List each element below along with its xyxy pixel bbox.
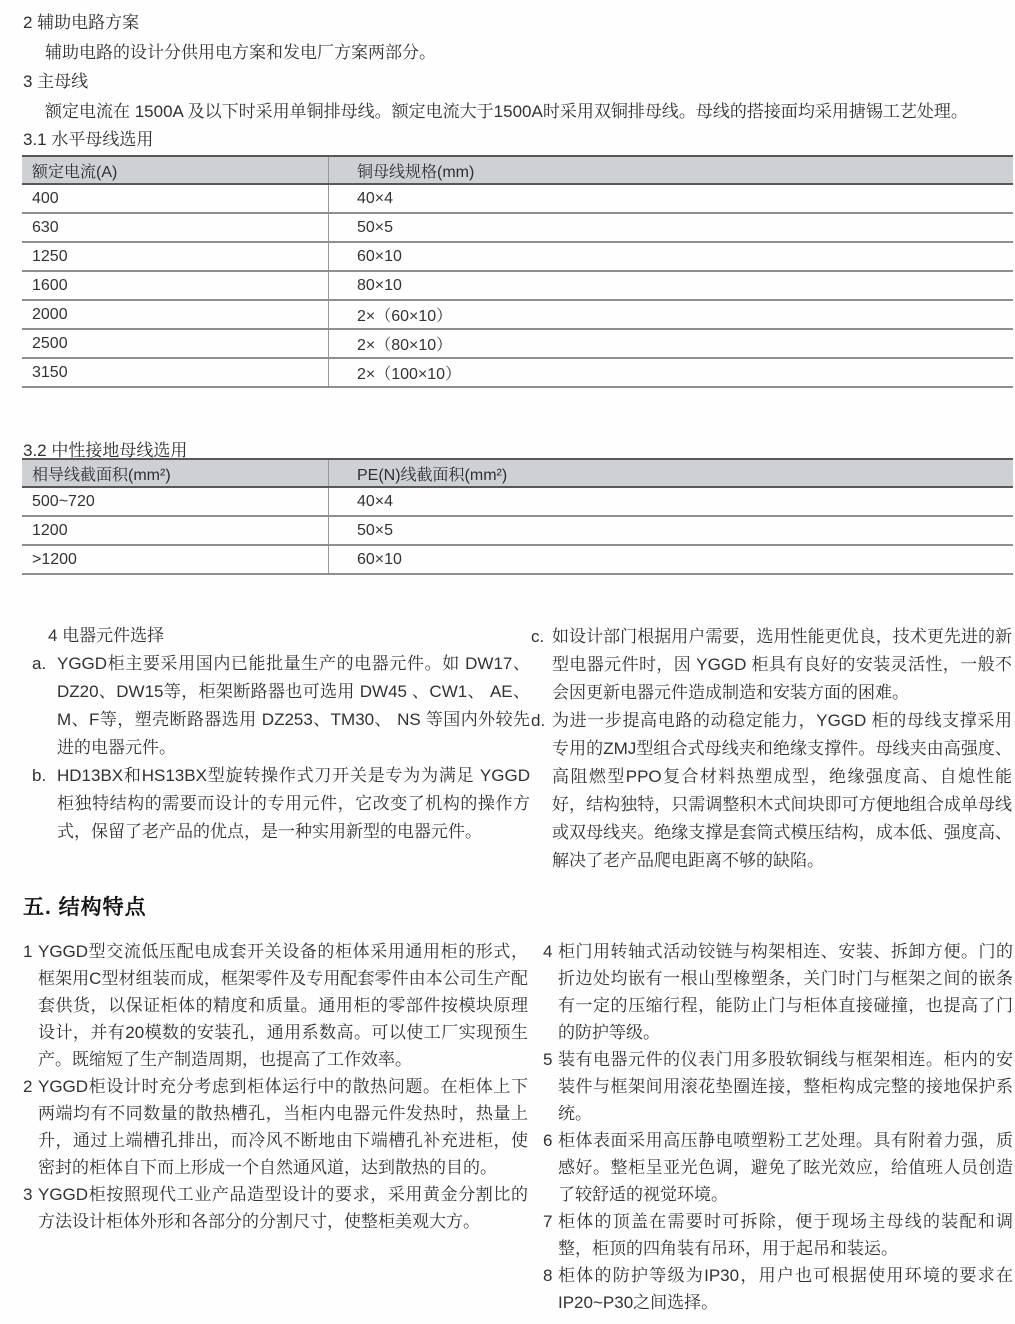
list-item-4: 4 柜门用转轴式活动铰链与构架相连、安装、拆卸方便。门的折边处均嵌有一根山型橡塑… (543, 938, 1013, 1046)
table-cell: 1200 (22, 516, 329, 545)
item-text: 如设计部门根据用户需要，选用性能更优良，技术更先进的新型电器元件时，因 YGGD… (552, 623, 1012, 707)
list-item-5: 5 装有电器元件的仪表门用多股软铜线与框架相连。柜内的安装件与框架间用滚花垫圈连… (543, 1046, 1013, 1127)
table-cell: 1250 (22, 242, 329, 271)
table-cell: 80×10 (329, 271, 1014, 300)
list-item-3: 3 YGGD柜按照现代工业产品造型设计的要求，采用黄金分割比的方法设计柜体外形和… (23, 1181, 528, 1235)
item-text: YGGD柜按照现代工业产品造型设计的要求，采用黄金分割比的方法设计柜体外形和各部… (38, 1181, 528, 1235)
heading-component-selection: 4 电器元件选择 (32, 621, 530, 650)
item-text: 柜体表面采用高压静电喷塑粉工艺处理。具有附着力强，质感好。整柜呈亚光色调，避免了… (558, 1127, 1013, 1208)
table-row: 3150 2×（100×10） (22, 358, 1013, 387)
table-cell: 2000 (22, 300, 329, 329)
table-cell: 400 (22, 184, 329, 213)
table-header-cell: PE(N)线截面积(mm²) (329, 459, 1014, 487)
item-text: YGGD型交流低压配电成套开关设备的柜体采用通用柜的形式，框架用C型材组装而成，… (38, 938, 528, 1073)
heading-horizontal-busbar: 3.1 水平母线选用 (23, 125, 153, 150)
item-label: 1 (23, 938, 38, 965)
list-item-d: d. 为进一步提高电路的动稳定能力，YGGD 柜的母线支撑采用专用的ZMJ型组合… (531, 707, 1012, 875)
item-label: 4 (543, 938, 558, 965)
table-header-row: 额定电流(A) 铜母线规格(mm) (22, 156, 1013, 184)
table-row: 2500 2×（80×10） (22, 329, 1013, 358)
list-item-a: a. YGGD柜主要采用国内已能批量生产的电器元件。如 DW17、DZ20、DW… (32, 650, 530, 762)
table-cell: 50×5 (329, 516, 1014, 545)
component-selection-left-column: 4 电器元件选择 a. YGGD柜主要采用国内已能批量生产的电器元件。如 DW1… (32, 621, 530, 846)
table-header-cell: 相导线截面积(mm²) (22, 459, 329, 487)
table-cell: 3150 (22, 358, 329, 387)
item-label: 5 (543, 1046, 558, 1073)
item-label: 8 (543, 1262, 558, 1289)
table-row: 1200 50×5 (22, 516, 1013, 545)
structure-features-left-column: 1 YGGD型交流低压配电成套开关设备的柜体采用通用柜的形式，框架用C型材组装而… (23, 938, 528, 1235)
item-label: 3 (23, 1181, 38, 1208)
item-label: 2 (23, 1073, 38, 1100)
item-text: 柜体的防护等级为IP30，用户也可根据使用环境的要求在IP20~P30之间选择。 (558, 1262, 1013, 1316)
table-row: >1200 60×10 (22, 545, 1013, 574)
table-cell: 630 (22, 213, 329, 242)
table-cell: 1600 (22, 271, 329, 300)
table-cell: >1200 (22, 545, 329, 574)
table-header-cell: 额定电流(A) (22, 156, 329, 184)
item-text: YGGD柜主要采用国内已能批量生产的电器元件。如 DW17、DZ20、DW15等… (57, 650, 530, 762)
item-label: a. (32, 650, 57, 678)
list-item-8: 8 柜体的防护等级为IP30，用户也可根据使用环境的要求在IP20~P30之间选… (543, 1262, 1013, 1316)
table-cell: 40×4 (329, 184, 1014, 213)
table-row: 630 50×5 (22, 213, 1013, 242)
table-cell: 50×5 (329, 213, 1014, 242)
table-row: 500~720 40×4 (22, 487, 1013, 516)
list-item-6: 6 柜体表面采用高压静电喷塑粉工艺处理。具有附着力强，质感好。整柜呈亚光色调，避… (543, 1127, 1013, 1208)
table-cell: 40×4 (329, 487, 1014, 516)
table-row: 2000 2×（60×10） (22, 300, 1013, 329)
list-item-c: c. 如设计部门根据用户需要，选用性能更优良，技术更先进的新型电器元件时，因 Y… (531, 623, 1012, 707)
heading-structure-features: 五. 结构特点 (23, 891, 147, 921)
item-text: HD13BX和HS13BX型旋转操作式刀开关是专为为满足 YGGD柜独特结构的需… (57, 762, 530, 846)
table-cell: 2×（80×10） (329, 329, 1014, 358)
table-header-row: 相导线截面积(mm²) PE(N)线截面积(mm²) (22, 459, 1013, 487)
item-text: 柜门用转轴式活动铰链与构架相连、安装、拆卸方便。门的折边处均嵌有一根山型橡塑条，… (558, 938, 1013, 1046)
table-row: 1600 80×10 (22, 271, 1013, 300)
item-text: 为进一步提高电路的动稳定能力，YGGD 柜的母线支撑采用专用的ZMJ型组合式母线… (552, 707, 1012, 875)
list-item-7: 7 柜体的顶盖在需要时可拆除，便于现场主母线的装配和调整，柜顶的四角装有吊环，用… (543, 1208, 1013, 1262)
item-label: c. (531, 623, 552, 651)
table-row: 400 40×4 (22, 184, 1013, 213)
heading-aux-circuit: 2 辅助电路方案 (23, 8, 139, 33)
list-item-b: b. HD13BX和HS13BX型旋转操作式刀开关是专为为满足 YGGD柜独特结… (32, 762, 530, 846)
table-cell: 2×（60×10） (329, 300, 1014, 329)
table-cell: 60×10 (329, 545, 1014, 574)
component-selection-right-column: c. 如设计部门根据用户需要，选用性能更优良，技术更先进的新型电器元件时，因 Y… (531, 623, 1012, 875)
table-cell: 2500 (22, 329, 329, 358)
table-cell: 2×（100×10） (329, 358, 1014, 387)
list-item-1: 1 YGGD型交流低压配电成套开关设备的柜体采用通用柜的形式，框架用C型材组装而… (23, 938, 528, 1073)
table-header-cell: 铜母线规格(mm) (329, 156, 1014, 184)
para-aux-circuit: 辅助电路的设计分供用电方案和发电厂方案两部分。 (45, 38, 436, 63)
item-label: b. (32, 762, 57, 790)
item-label: d. (531, 707, 552, 735)
document-page: 2 辅助电路方案 辅助电路的设计分供用电方案和发电厂方案两部分。 3 主母线 额… (0, 0, 1015, 1324)
table-cell: 500~720 (22, 487, 329, 516)
item-text: YGGD柜设计时充分考虑到柜体运行中的散热问题。在柜体上下两端均有不同数量的散热… (38, 1073, 528, 1181)
list-item-2: 2 YGGD柜设计时充分考虑到柜体运行中的散热问题。在柜体上下两端均有不同数量的… (23, 1073, 528, 1181)
structure-features-right-column: 4 柜门用转轴式活动铰链与构架相连、安装、拆卸方便。门的折边处均嵌有一根山型橡塑… (543, 938, 1013, 1316)
table-row: 1250 60×10 (22, 242, 1013, 271)
item-label: 7 (543, 1208, 558, 1235)
item-text: 装有电器元件的仪表门用多股软铜线与框架相连。柜内的安装件与框架间用滚花垫圈连接，… (558, 1046, 1013, 1127)
heading-main-busbar: 3 主母线 (23, 67, 88, 92)
para-main-busbar: 额定电流在 1500A 及以下时采用单铜排母线。额定电流大于1500A时采用双铜… (45, 97, 968, 122)
horizontal-busbar-table: 额定电流(A) 铜母线规格(mm) 400 40×4 630 50×5 1250… (22, 155, 1013, 388)
item-label: 6 (543, 1127, 558, 1154)
neutral-busbar-table: 相导线截面积(mm²) PE(N)线截面积(mm²) 500~720 40×4 … (22, 458, 1013, 575)
item-text: 柜体的顶盖在需要时可拆除，便于现场主母线的装配和调整，柜顶的四角装有吊环，用于起… (558, 1208, 1013, 1262)
table-cell: 60×10 (329, 242, 1014, 271)
